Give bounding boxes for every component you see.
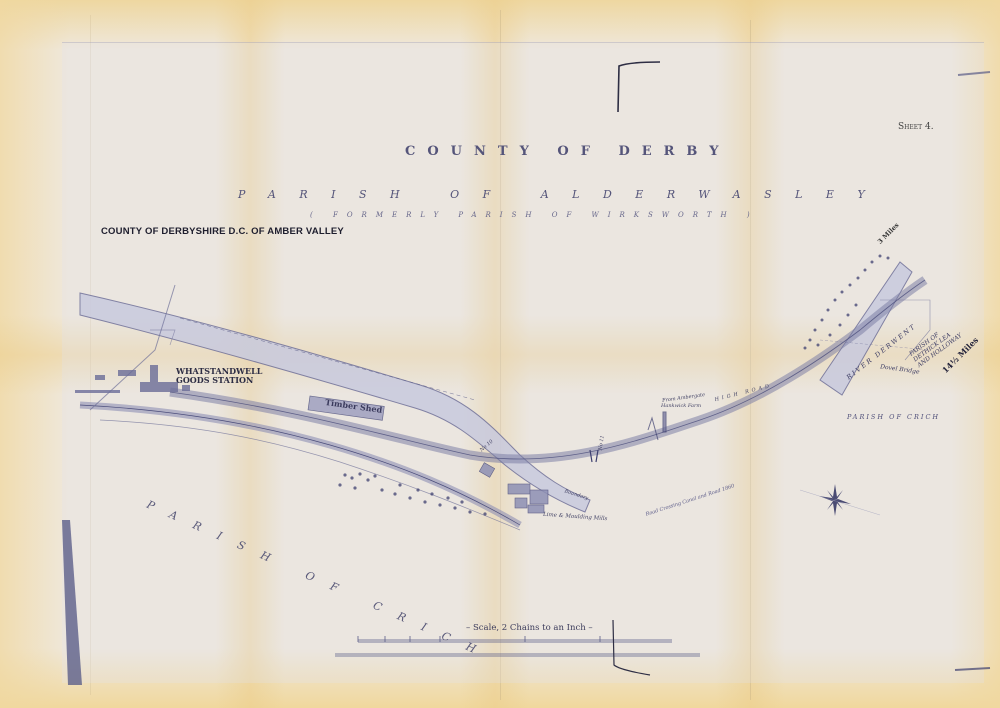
station-label-line2: GOODS STATION — [176, 376, 262, 385]
station-buildings — [75, 365, 190, 393]
county-title: COUNTY OF DERBY — [405, 144, 730, 159]
map-sheet: COUNTY OF DERBY PARISH OF ALDERWASLEY ( … — [0, 0, 1000, 708]
scale-bar — [335, 636, 700, 656]
corner-mark — [618, 62, 660, 112]
compass-rose-icon — [819, 484, 851, 516]
map-drawing — [0, 0, 1000, 708]
corner-mark-bottom — [613, 620, 650, 675]
parish-subtitle: ( FORMERLY PARISH OF WIRKSWORTH ) — [310, 211, 759, 219]
sheet-label: Sheet 4. — [898, 122, 934, 132]
station-label: WHATSTANDWELL GOODS STATION — [176, 367, 262, 385]
district-label: COUNTY OF DERBYSHIRE D.C. OF AMBER VALLE… — [101, 226, 344, 237]
farm-label: Hankwick Farm — [661, 403, 701, 409]
parish-crich-small-label: PARISH OF CRICH — [847, 413, 940, 421]
edge-strip — [62, 520, 82, 685]
scale-label: – Scale, 2 Chains to an Inch – — [466, 623, 593, 633]
parish-title: PARISH OF ALDERWASLEY — [238, 188, 888, 201]
